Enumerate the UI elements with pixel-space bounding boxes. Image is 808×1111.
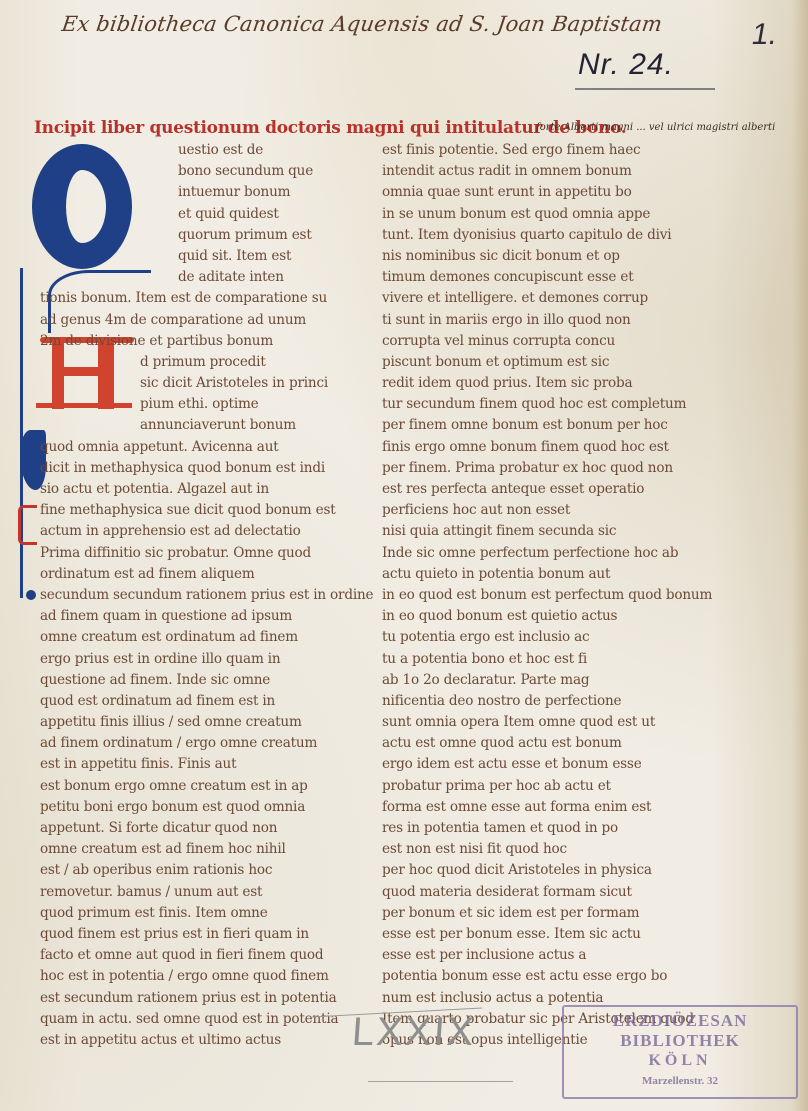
text-line: per finem. Prima probatur ex hoc quod no… [382, 458, 672, 479]
text-column-left: uestio est de bono secundum que intuemur… [40, 140, 360, 1051]
text-line: actu est omne quod actu est bonum [382, 733, 672, 754]
folio-number: 1. [749, 18, 780, 52]
text-line: sio actu et potentia. Algazel aut in [40, 479, 360, 500]
text-line: appetitu finis illius / sed omne creatum [40, 712, 360, 733]
text-line: d primum procedit [40, 352, 360, 373]
text-line: tionis bonum. Item est de comparatione s… [40, 288, 360, 309]
text-line: quorum primum est [40, 225, 360, 246]
text-line: ergo idem est actu esse et bonum esse [382, 754, 672, 775]
text-line: petitu boni ergo bonum est quod omnia [40, 797, 360, 818]
pencil-line-bottom [368, 1081, 513, 1082]
incipit-attribution-note: forte Alberti magni ... vel ulrici magis… [536, 122, 775, 133]
text-line: vivere et intelligere. et demones corrup [382, 288, 672, 309]
text-line: est res perfecta anteque esset operatio [382, 479, 672, 500]
text-line: 2m de divisione et partibus bonum [40, 331, 360, 352]
text-line: est in appetitu finis. Finis aut [40, 754, 360, 775]
text-line: Prima diffinitio sic probatur. Omne quod [40, 543, 360, 564]
text-line: bono secundum que [40, 161, 360, 182]
text-line: esse est per bonum esse. Item sic actu [382, 924, 672, 945]
text-line: quam in actu. sed omne quod est in poten… [40, 1009, 360, 1030]
text-line: quod materia desiderat formam sicut [382, 882, 672, 903]
text-line: removetur. bamus / unum aut est [40, 882, 360, 903]
text-line: esse est per inclusione actus a [382, 945, 672, 966]
text-line: ad finem ordinatum / ergo omne creatum [40, 733, 360, 754]
text-line: est non est nisi fit quod hoc [382, 839, 672, 860]
text-line: ad finem quam in questione ad ipsum [40, 606, 360, 627]
text-line: et quid quidest [40, 204, 360, 225]
text-line: est bonum ergo omne creatum est in ap [40, 776, 360, 797]
text-line: per bonum et sic idem est per formam [382, 903, 672, 924]
text-line: ordinatum est ad finem aliquem [40, 564, 360, 585]
text-line: facto et omne aut quod in fieri finem qu… [40, 945, 360, 966]
text-line: per finem omne bonum est bonum per hoc [382, 415, 672, 436]
text-line: ti sunt in mariis ergo in illo quod non [382, 310, 672, 331]
text-line: tur secundum finem quod hoc est completu… [382, 394, 672, 415]
paragraph-mark-icon [18, 505, 37, 545]
text-line: ad genus 4m de comparatione ad unum [40, 310, 360, 331]
text-line: tu a potentia bono et hoc est fi [382, 649, 672, 670]
text-line: appetunt. Si forte dicatur quod non [40, 818, 360, 839]
text-line: per hoc quod dicit Aristoteles in physic… [382, 860, 672, 881]
library-stamp: ERZDIÖZESAN BIBLIOTHEK KÖLN Marzellenstr… [562, 1005, 798, 1099]
text-line: potentia bonum esse est actu esse ergo b… [382, 966, 672, 987]
text-line: nisi quia attingit finem secunda sic [382, 521, 672, 542]
text-line: redit idem quod prius. Item sic proba [382, 373, 672, 394]
text-line: quod omnia appetunt. Avicenna aut [40, 437, 360, 458]
text-line: secundum secundum rationem prius est in … [40, 585, 360, 606]
text-line: timum demones concupiscunt esse et [382, 267, 672, 288]
pencil-roman-numeral: LXXIX [350, 1010, 477, 1055]
text-line: est in appetitu actus et ultimo actus [40, 1030, 360, 1051]
text-line: est finis potentie. Sed ergo finem haec [382, 140, 672, 161]
text-line: tu potentia ergo est inclusio ac [382, 627, 672, 648]
text-line: questione ad finem. Inde sic omne [40, 670, 360, 691]
stamp-line-2: BIBLIOTHEK [564, 1031, 796, 1051]
text-line: intendit actus radit in omnem bonum [382, 161, 672, 182]
text-line: annunciaverunt bonum [40, 415, 360, 436]
text-line: omne creatum est ordinatum ad finem [40, 627, 360, 648]
text-line: nis nominibus sic dicit bonum et op [382, 246, 672, 267]
stamp-line-4: Marzellenstr. 32 [564, 1071, 796, 1091]
text-line: quod primum est finis. Item omne [40, 903, 360, 924]
text-line: perficiens hoc aut non esset [382, 500, 672, 521]
text-line: corrupta vel minus corrupta concu [382, 331, 672, 352]
text-line: fine methaphysica sue dicit quod bonum e… [40, 500, 360, 521]
text-line: forma est omne esse aut forma enim est [382, 797, 672, 818]
text-line: omnia quae sunt erunt in appetitu bo [382, 182, 672, 203]
text-line: pium ethi. optime [40, 394, 360, 415]
text-line: res in potentia tamen et quod in po [382, 818, 672, 839]
text-line: est / ab operibus enim rationis hoc [40, 860, 360, 881]
text-line: in eo quod est bonum est perfectum quod … [382, 585, 672, 606]
text-line: Inde sic omne perfectum perfectione hoc … [382, 543, 672, 564]
text-line: in se unum bonum est quod omnia appe [382, 204, 672, 225]
stamp-line-1: ERZDIÖZESAN [564, 1011, 796, 1031]
stamp-line-3: KÖLN [564, 1051, 796, 1071]
text-line: piscunt bonum et optimum est sic [382, 352, 672, 373]
text-line: probatur prima per hoc ab actu et [382, 776, 672, 797]
text-column-right: est finis potentie. Sed ergo finem haec … [382, 140, 672, 1051]
text-line: ab 1o 2o declaratur. Parte mag [382, 670, 672, 691]
text-line: nificentia deo nostro de perfectione [382, 691, 672, 712]
text-line: est secundum rationem prius est in poten… [40, 988, 360, 1009]
text-line: quod est ordinatum ad finem est in [40, 691, 360, 712]
text-line: omne creatum est ad finem hoc nihil [40, 839, 360, 860]
text-line: tunt. Item dyonisius quarto capitulo de … [382, 225, 672, 246]
text-line: ergo prius est in ordine illo quam in [40, 649, 360, 670]
text-line: actu quieto in potentia bonum aut [382, 564, 672, 585]
ex-libris-inscription: Ex bibliotheca Canonica Aquensis ad S. J… [60, 12, 663, 36]
text-line: quod finem est prius est in fieri quam i… [40, 924, 360, 945]
text-line: sunt omnia opera Item omne quod est ut [382, 712, 672, 733]
text-line: dicit in methaphysica quod bonum est ind… [40, 458, 360, 479]
shelfmark: Nr. 24. [578, 48, 674, 82]
initial-q-tail-dot [26, 590, 36, 600]
paper-edge-shadow [792, 0, 808, 1111]
text-line: uestio est de [40, 140, 360, 161]
text-line: quid sit. Item est [40, 246, 360, 267]
text-line: in eo quod bonum est quietio actus [382, 606, 672, 627]
shelfmark-underline [575, 88, 715, 90]
text-line: actum in apprehensio est ad delectatio [40, 521, 360, 542]
text-line: de aditate inten [40, 267, 360, 288]
text-line: intuemur bonum [40, 182, 360, 203]
text-line: sic dicit Aristoteles in princi [40, 373, 360, 394]
text-line: hoc est in potentia / ergo omne quod fin… [40, 966, 360, 987]
text-line: finis ergo omne bonum finem quod hoc est [382, 437, 672, 458]
